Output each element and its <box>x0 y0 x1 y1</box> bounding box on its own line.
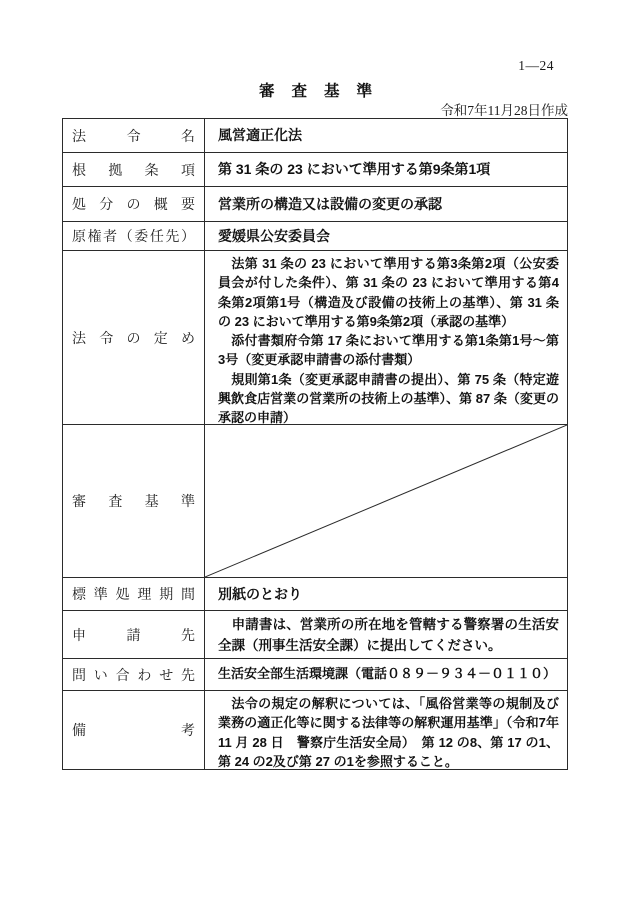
table-row-standard-processing-period: 標準処理期間 別紙のとおり <box>63 578 567 611</box>
table-row-remarks: 備考 法令の規定の解釈については、「風俗営業等の規制及び業務の適正化等に関する法… <box>63 691 567 769</box>
row-label: 根拠条項 <box>63 153 205 186</box>
table-row-original-authority: 原権者（委任先） 愛媛県公安委員会 <box>63 222 567 251</box>
table-row-review-criteria: 審査基準 <box>63 425 567 578</box>
table-row-contact: 問い合わせ先 生活安全部生活環境課（電話０８９－９３４－０１１０） <box>63 659 567 691</box>
criteria-table: 法令名 風営適正化法 根拠条項 第 31 条の 23 において準用する第9条第1… <box>62 118 568 770</box>
row-label: 申請先 <box>63 611 205 658</box>
row-label-text: 標準処理期間 <box>72 584 195 604</box>
row-label: 審査基準 <box>63 425 205 577</box>
row-value: 申請書は、営業所の所在地を管轄する警察署の生活安全課（刑事生活安全課）に提出して… <box>205 611 567 658</box>
row-value: 営業所の構造又は設備の変更の承認 <box>205 187 567 221</box>
table-row-disposition-summary: 処分の概要 営業所の構造又は設備の変更の承認 <box>63 187 567 222</box>
page-number: 1—24 <box>63 58 554 74</box>
created-date: 令和7年11月28日作成 <box>63 99 568 119</box>
row-label: 法令名 <box>63 119 205 152</box>
row-value: 風営適正化法 <box>205 119 567 152</box>
row-label: 備考 <box>63 691 205 769</box>
row-value: 生活安全部生活環境課（電話０８９－９３４－０１１０） <box>205 659 567 690</box>
table-row-application-destination: 申請先 申請書は、営業所の所在地を管轄する警察署の生活安全課（刑事生活安全課）に… <box>63 611 567 659</box>
row-label-text: 審査基準 <box>72 491 195 511</box>
row-label: 問い合わせ先 <box>63 659 205 690</box>
table-row-law-name: 法令名 風営適正化法 <box>63 119 567 153</box>
diagonal-strike-line <box>205 425 567 577</box>
page-title: 審査基準 <box>63 79 568 101</box>
row-label: 法令の定め <box>63 251 205 424</box>
row-value: 別紙のとおり <box>205 578 567 610</box>
row-label-text: 根拠条項 <box>72 160 195 180</box>
row-label-text: 法令名 <box>72 126 195 146</box>
row-label-text: 申請先 <box>72 625 195 645</box>
row-label-text: 処分の概要 <box>72 194 195 214</box>
table-row-legal-provisions: 法令の定め 法第 31 条の 23 において準用する第3条第2項（公安委員会が付… <box>63 251 567 425</box>
row-label: 処分の概要 <box>63 187 205 221</box>
row-label-text: 問い合わせ先 <box>72 665 195 685</box>
row-label: 標準処理期間 <box>63 578 205 610</box>
document-page: 1—24 審査基準 令和7年11月28日作成 法令名 風営適正化法 根拠条項 第… <box>0 0 630 903</box>
row-label-text: 法令の定め <box>72 328 195 348</box>
row-label: 原権者（委任先） <box>63 222 205 250</box>
row-value-empty <box>205 425 567 577</box>
row-label-text: 備考 <box>72 720 195 740</box>
table-row-legal-basis: 根拠条項 第 31 条の 23 において準用する第9条第1項 <box>63 153 567 187</box>
row-label-text: 原権者（委任先） <box>72 226 195 246</box>
row-value: 第 31 条の 23 において準用する第9条第1項 <box>205 153 567 186</box>
row-value: 法令の規定の解釈については、「風俗営業等の規制及び業務の適正化等に関する法律等の… <box>205 691 567 769</box>
row-value: 法第 31 条の 23 において準用する第3条第2項（公安委員会が付した条件）、… <box>205 251 567 424</box>
row-value: 愛媛県公安委員会 <box>205 222 567 250</box>
